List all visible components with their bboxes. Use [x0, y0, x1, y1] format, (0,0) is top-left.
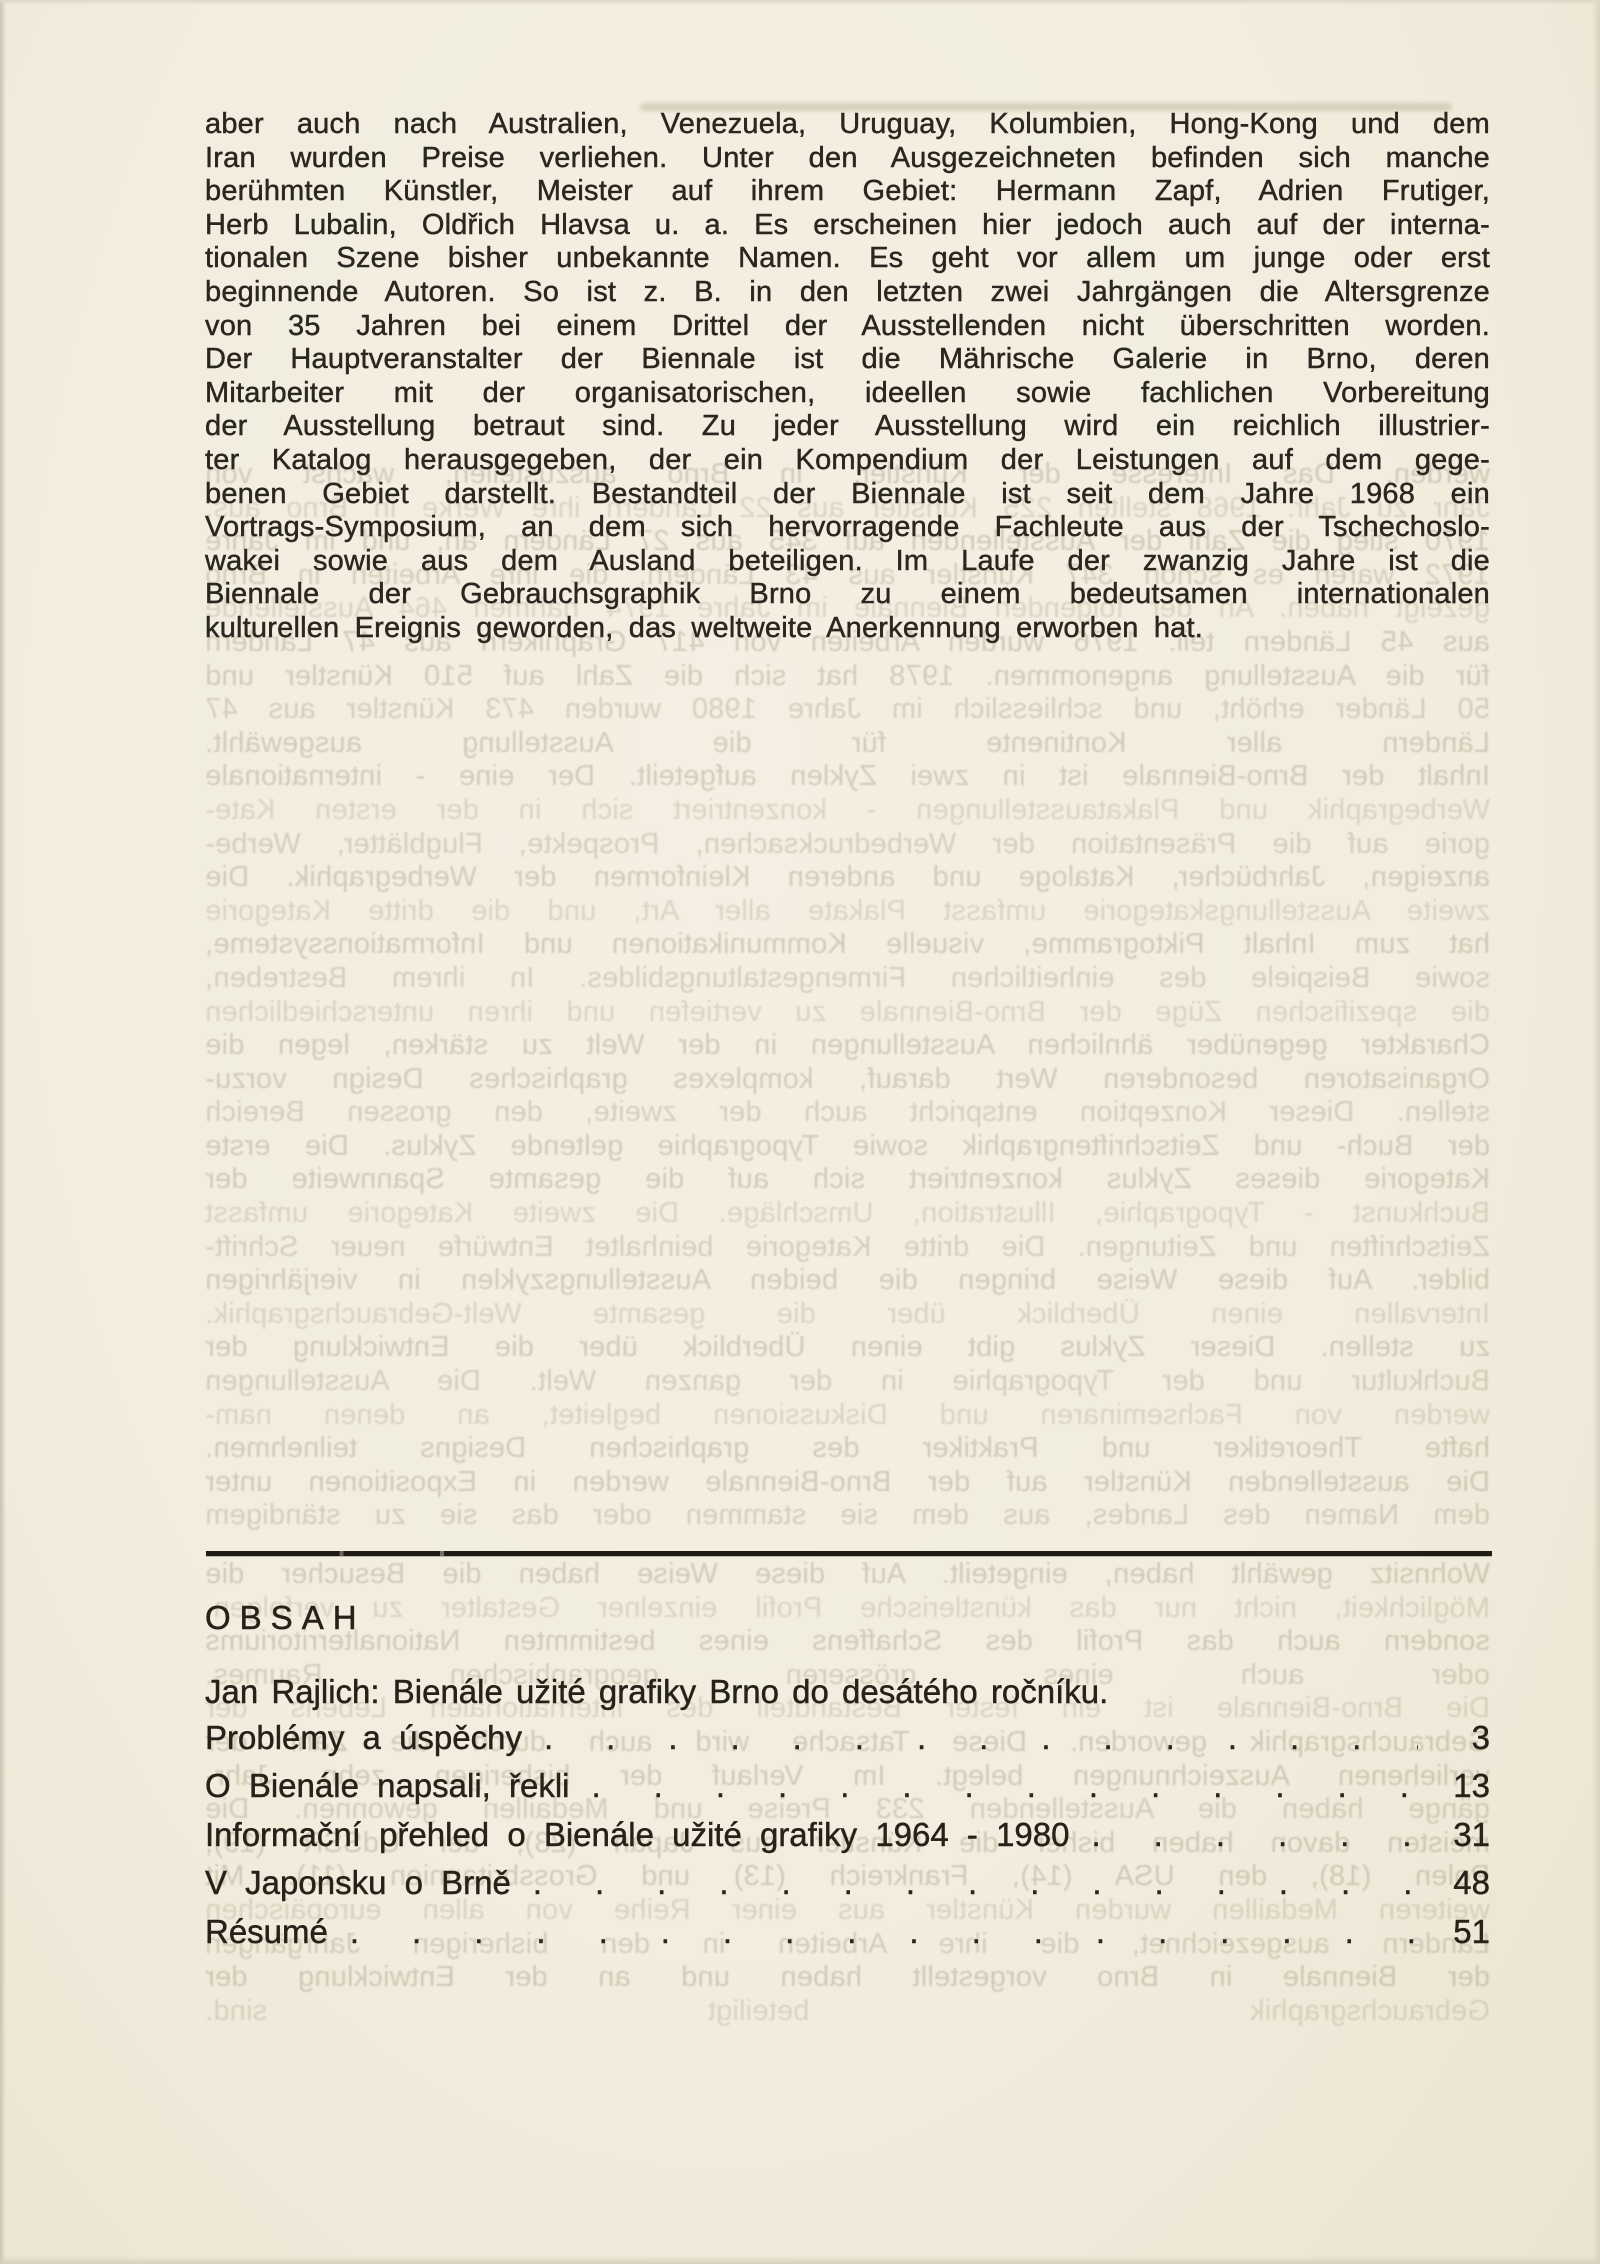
toc-article-title: Jan Rajlich: Bienále užité grafiky Brno … — [205, 1672, 1490, 1712]
bleedthrough-line: Charakter gegenüber ähnlichen Ausstellun… — [205, 1029, 1490, 1063]
bleedthrough-line: Wohnsitz gewählt haben, eingeteilt. Auf … — [205, 1558, 1490, 1592]
toc-entry-label: O Bienále napsali, řekli — [205, 1762, 570, 1810]
text-line: Iran wurden Preise verliehen. Unter den … — [205, 142, 1490, 176]
bleedthrough-line: Buchkunst - Typographie, Illustration, U… — [205, 1197, 1490, 1231]
toc-entry-label: Résumé — [205, 1908, 328, 1956]
toc-entry-label: V Japonsku o Brně — [205, 1859, 511, 1907]
german-paragraph: aber auch nach Australien, Venezuela, Ur… — [205, 108, 1490, 646]
bleedthrough-line: hat zum Inhalt Piktogramme, visuelle Kom… — [205, 928, 1490, 962]
bleedthrough-line: Werbegraphik und Plakatausstellungen - k… — [205, 794, 1490, 828]
bleedthrough-line: der Buch- und Zeitschriftengraphik sowie… — [205, 1130, 1490, 1164]
toc-entry-page: 48 — [1418, 1859, 1490, 1907]
toc-entry-page: 51 — [1418, 1908, 1490, 1956]
toc-entry: O Bienále napsali, řekli ...............… — [205, 1762, 1490, 1810]
scan-edge-top — [0, 0, 1600, 5]
text-line: Vortrags-Symposium, an dem sich hervorra… — [205, 511, 1490, 545]
bleedthrough-line: hafte Theoretiker und Praktiker des grap… — [205, 1432, 1490, 1466]
text-line: wakei sowie aus dem Ausland beteiligen. … — [205, 545, 1490, 579]
toc-dot-leader: .................... — [1069, 1811, 1418, 1859]
text-line: Biennale der Gebrauchsgraphik Brno zu ei… — [205, 578, 1490, 612]
bleedthrough-line: dem Namen des Landes, aus dem sie stamme… — [205, 1499, 1490, 1533]
text-line: Herb Lubalin, Oldřich Hlavsa u. a. Es er… — [205, 209, 1490, 243]
text-line: kulturellen Ereignis geworden, das weltw… — [205, 612, 1490, 646]
text-line: beginnende Autoren. So ist z. B. in den … — [205, 276, 1490, 310]
toc-entry: V Japonsku o Brně .................... 4… — [205, 1859, 1490, 1907]
scan-edge-bottom — [0, 2256, 1600, 2264]
table-of-contents: Problémy a úspěchy .................... … — [205, 1714, 1490, 1956]
bleedthrough-line: Die ausstellenden Künstler auf der Brno-… — [205, 1466, 1490, 1500]
bleedthrough-line: werden von Fachseminaren und Diskussione… — [205, 1399, 1490, 1433]
bleedthrough-line: der Biennale in Brno vorgestellt haben u… — [205, 1961, 1490, 1995]
bleedthrough-line: Organisatoren besonderen Wert darauf, ko… — [205, 1063, 1490, 1097]
text-line: berühmten Künstler, Meister auf ihrem Ge… — [205, 175, 1490, 209]
bleedthrough-line: zu stellen. Dieser Zyklus gibt einen Übe… — [205, 1331, 1490, 1365]
bleedthrough-line: für die Ausstellung angenommen. 1978 hat… — [205, 660, 1490, 694]
bleedthrough-line: Inhalt der Brno-Biennale ist in zwei Zyk… — [205, 760, 1490, 794]
bleedthrough-line: Ländern aller Kontinente für die Ausstel… — [205, 727, 1490, 761]
text-line: aber auch nach Australien, Venezuela, Ur… — [205, 108, 1490, 142]
bleedthrough-line: sondern auch das Profil des Schaffens ei… — [205, 1625, 1490, 1659]
toc-dot-leader: .................... — [522, 1714, 1418, 1762]
bleedthrough-line: gorie auf die Präsentation der Werbedruc… — [205, 828, 1490, 862]
toc-heading: OBSAH — [205, 1598, 366, 1638]
bleedthrough-line: die spezifischen Züge der Brno-Biennale … — [205, 996, 1490, 1030]
toc-entry-page: 3 — [1418, 1714, 1490, 1762]
bleedthrough-line: Buchkultur und der Typographie in der ga… — [205, 1365, 1490, 1399]
toc-entry-page: 31 — [1418, 1811, 1490, 1859]
text-line: Der Hauptveranstalter der Biennale ist d… — [205, 343, 1490, 377]
toc-entry: Informační přehled o Bienále užité grafi… — [205, 1811, 1490, 1859]
bleedthrough-line: zweite Ausstellungskategorie umfasst Pla… — [205, 895, 1490, 929]
bleedthrough-line: anzeigen, Jahrbücher, Kataloge und ander… — [205, 861, 1490, 895]
bleedthrough-line: 50 Länder erhöht, und schliesslich im Ja… — [205, 693, 1490, 727]
section-divider-rule — [206, 1551, 1492, 1556]
bleedthrough-line: Gebrauchsgraphik beteiligt sind. — [205, 1995, 1490, 2029]
scanned-book-page: werden. Das Interesse der Künstler, in B… — [0, 0, 1600, 2264]
text-line: benen Gebiet darstellt. Bestandteil der … — [205, 478, 1490, 512]
bleedthrough-line: Möglichkeit, nicht nur das künstlerische… — [205, 1592, 1490, 1626]
bleedthrough-line: Kategorie dieses Zyklus konzentriert sic… — [205, 1163, 1490, 1197]
bleedthrough-line: bilder. Auf diese Weise bringen die beid… — [205, 1264, 1490, 1298]
toc-dot-leader: .................... — [511, 1859, 1418, 1907]
text-line: tionalen Szene bisher unbekannte Namen. … — [205, 242, 1490, 276]
toc-dot-leader: .................... — [328, 1908, 1418, 1956]
text-line: der Ausstellung betraut sind. Zu jeder A… — [205, 410, 1490, 444]
toc-entry-label: Problémy a úspěchy — [205, 1714, 522, 1762]
scan-edge-right — [1592, 0, 1600, 2264]
toc-entry-label: Informační přehled o Bienále užité grafi… — [205, 1811, 1069, 1859]
bleedthrough-line: sowie Beispiele des einheitlichen Firmen… — [205, 962, 1490, 996]
text-line: von 35 Jahren bei einem Drittel der Auss… — [205, 310, 1490, 344]
toc-dot-leader: .................... — [570, 1762, 1418, 1810]
bleedthrough-line: stellen. Dieser Konzeption entspricht au… — [205, 1096, 1490, 1130]
text-line: Mitarbeiter mit der organisatorischen, i… — [205, 377, 1490, 411]
toc-entry: Résumé .................... 51 — [205, 1908, 1490, 1956]
toc-entry: Problémy a úspěchy .................... … — [205, 1714, 1490, 1762]
bleedthrough-line: Zeitschriften und Zeitungen. Die dritte … — [205, 1231, 1490, 1265]
toc-entry-page: 13 — [1418, 1762, 1490, 1810]
scan-edge-left — [0, 0, 6, 2264]
text-line: ter Katalog herausgegeben, der ein Kompe… — [205, 444, 1490, 478]
bleedthrough-line: Intervallen einen Überblick über die ges… — [205, 1298, 1490, 1332]
